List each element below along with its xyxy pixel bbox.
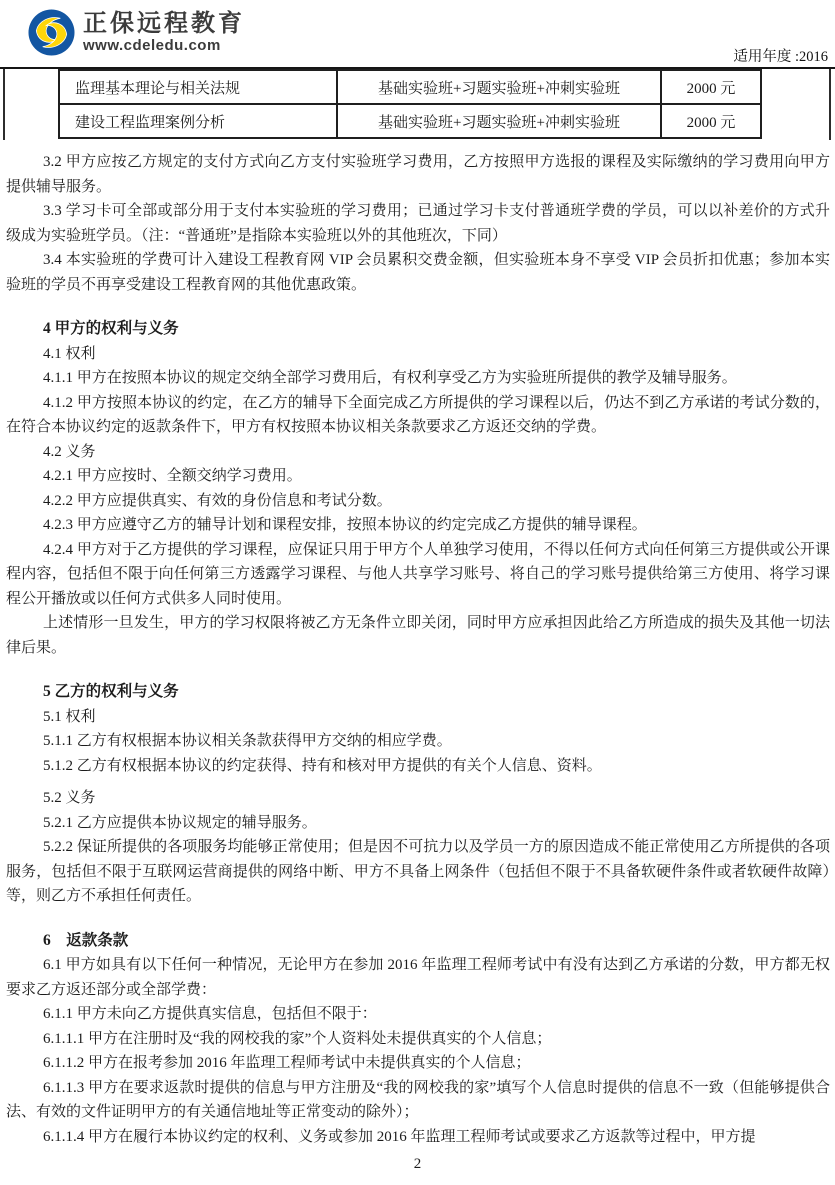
class-package-cell: 基础实验班+习题实验班+冲刺实验班 [337,70,661,104]
section-6-heading: 6 返款条款 [6,929,830,954]
clause-4-2-3: 4.2.3 甲方应遵守乙方的辅导计划和课程安排，按照本协议的约定完成乙方提供的辅… [6,513,830,538]
section-4-heading: 4 甲方的权利与义务 [6,317,830,342]
page-number: 2 [0,1152,835,1177]
clause-4-1: 4.1 权利 [6,342,830,367]
price-cell: 2000 元 [661,70,761,104]
clause-4-2-4: 4.2.4 甲方对于乙方提供的学习课程，应保证只用于甲方个人单独学习使用，不得以… [6,538,830,612]
brand-name: 正保远程教育 [83,11,245,37]
brand-url: www.cdeledu.com [83,37,245,55]
clause-5-2: 5.2 义务 [6,786,830,811]
clause-3-2: 3.2 甲方应按乙方规定的支付方式向乙方支付实验班学习费用，乙方按照甲方选报的课… [6,150,830,199]
document-page: 正保远程教育 www.cdeledu.com 适用年度 :2016 监理基本理论… [0,0,835,1185]
price-cell: 2000 元 [661,104,761,138]
clause-3-3: 3.3 学习卡可全部或部分用于支付本实验班的学习费用；已通过学习卡支付普通班学费… [6,199,830,248]
fee-table-row: 建设工程监理案例分析 基础实验班+习题实验班+冲刺实验班 2000 元 [59,104,761,138]
fee-table: 监理基本理论与相关法规 基础实验班+习题实验班+冲刺实验班 2000 元 建设工… [58,69,762,139]
course-name-cell: 建设工程监理案例分析 [59,104,337,138]
contract-body: 3.2 甲方应按乙方规定的支付方式向乙方支付实验班学习费用，乙方按照甲方选报的课… [6,150,830,1149]
clause-3-4: 3.4 本实验班的学费可计入建设工程教育网 VIP 会员累积交费金额，但实验班本… [6,248,830,297]
clause-4-2-2: 4.2.2 甲方应提供真实、有效的身份信息和考试分数。 [6,489,830,514]
clause-6-1: 6.1 甲方如具有以下任何一种情况，无论甲方在参加 2016 年监理工程师考试中… [6,953,830,1002]
clause-6-1-1: 6.1.1 甲方未向乙方提供真实信息，包括但不限于： [6,1002,830,1027]
clause-6-1-1-2: 6.1.1.2 甲方在报考参加 2016 年监理工程师考试中未提供真实的个人信息… [6,1051,830,1076]
clause-4-1-2: 4.1.2 甲方按照本协议的约定，在乙方的辅导下全面完成乙方所提供的学习课程以后… [6,391,830,440]
clause-5-1-1: 5.1.1 乙方有权根据本协议相关条款获得甲方交纳的相应学费。 [6,729,830,754]
clause-4-1-1: 4.1.1 甲方在按照本协议的规定交纳全部学习费用后，有权利享受乙方为实验班所提… [6,366,830,391]
section-5-heading: 5 乙方的权利与义务 [6,680,830,705]
clause-6-1-1-3: 6.1.1.3 甲方在要求返款时提供的信息与甲方注册及“我的网校我的家”填写个人… [6,1076,830,1125]
clause-4-2-4-note: 上述情形一旦发生，甲方的学习权限将被乙方无条件立即关闭，同时甲方应承担因此给乙方… [6,611,830,660]
outer-table-left-border [3,69,5,140]
clause-4-2-1: 4.2.1 甲方应按时、全额交纳学习费用。 [6,464,830,489]
clause-5-1-2: 5.1.2 乙方有权根据本协议的约定获得、持有和核对甲方提供的有关个人信息、资料… [6,754,830,779]
brand-text-block: 正保远程教育 www.cdeledu.com [83,11,245,55]
clause-6-1-1-4: 6.1.1.4 甲方在履行本协议约定的权利、义务或参加 2016 年监理工程师考… [6,1125,830,1150]
clause-4-2: 4.2 义务 [6,440,830,465]
swirl-globe-icon [28,9,75,56]
applicable-year-label: 适用年度 :2016 [733,45,828,66]
outer-table-right-border [829,69,831,140]
fee-table-row: 监理基本理论与相关法规 基础实验班+习题实验班+冲刺实验班 2000 元 [59,70,761,104]
clause-5-2-1: 5.2.1 乙方应提供本协议规定的辅导服务。 [6,811,830,836]
course-name-cell: 监理基本理论与相关法规 [59,70,337,104]
clause-5-2-2: 5.2.2 保证所提供的各项服务均能够正常使用；但是因不可抗力以及学员一方的原因… [6,835,830,909]
class-package-cell: 基础实验班+习题实验班+冲刺实验班 [337,104,661,138]
clause-6-1-1-1: 6.1.1.1 甲方在注册时及“我的网校我的家”个人资料处未提供真实的个人信息； [6,1027,830,1052]
clause-5-1: 5.1 权利 [6,705,830,730]
brand-logo: 正保远程教育 www.cdeledu.com [28,9,245,56]
